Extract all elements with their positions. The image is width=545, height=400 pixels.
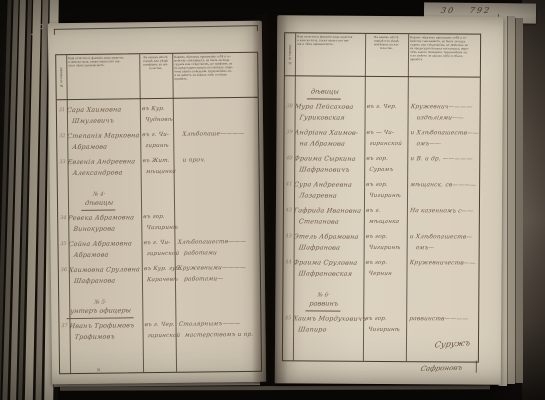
entry-residence: въ Кур. губ.Карачевѣ <box>142 264 175 286</box>
handwritten-line: Шафранова <box>293 242 364 253</box>
handwritten-line: на Абрамова <box>294 138 365 149</box>
header-name-text: Имя отчество и фамилія лицъ мужескаи жен… <box>297 35 362 46</box>
entry-number: 35 <box>58 239 68 247</box>
header-number-label: № по порядку <box>288 44 291 64</box>
entry-number: 31 <box>57 105 67 113</box>
handwritten-line: въ г. Чер. <box>364 102 408 113</box>
handwritten-line: Абрамова <box>67 141 141 153</box>
register-entry-row: 39Андріана Хаимов-на Абрамовавъ — Чи-гир… <box>284 127 479 152</box>
header-occupation-text: Какимъ образомъ пропитаніе себѣ и се-мей… <box>174 55 254 82</box>
entry-occupation: Хлѣбопашеств———работами <box>174 237 254 260</box>
entry-number: 44 <box>284 257 294 265</box>
register-entry-row: 35Сойна АбрамовнаАбрамовавъ г. Чи-гиринс… <box>58 237 259 263</box>
entry-number: 37 <box>59 321 69 329</box>
handwritten-line: Хаимовна Сруловна <box>68 264 142 276</box>
header-occupation-col: Какимъ образомъ пропитаніе себѣ и се-мей… <box>408 34 480 77</box>
header-number-col: № по порядку <box>56 55 67 99</box>
handwritten-line: гиринской <box>142 331 176 342</box>
header-place-col: Въ какомъ мѣстѣгородѣ или уѣздѣпомѣщенъ … <box>139 54 173 98</box>
handwritten-line: Чигиринѣ <box>362 325 406 336</box>
entry-name: Мура ПейсаховаГуриковская <box>295 101 365 123</box>
background-right-edge <box>522 0 545 400</box>
entry-residence: въ Жит.мѣщанка <box>140 156 173 178</box>
header-print-line: тельство. <box>367 47 406 51</box>
section-heading-row: дѣвицы <box>285 78 365 100</box>
entry-number: 33 <box>57 157 67 165</box>
header-print-line: примѣтъ. <box>410 58 477 62</box>
entry-occupation <box>173 103 253 104</box>
handwritten-line <box>173 103 253 104</box>
entry-name: Гафрида ИвановнаСтепанова <box>294 205 364 227</box>
entry-residence: въ гор.Чигиринѣ <box>364 232 407 254</box>
entry-occupation: и Хлѣбопашеств—омъ— <box>407 232 479 255</box>
handwritten-line: мѣщанск. св———— <box>406 180 479 191</box>
handwritten-line: Этель Абрамовна <box>293 231 364 242</box>
handwritten-line: въ г. Чи- <box>140 130 174 141</box>
entry-occupation: Хлѣбопаше———— <box>173 129 253 141</box>
folio-number: 30 <box>440 6 456 15</box>
handwritten-line: Абрамова <box>68 249 142 261</box>
handwritten-line: Фраима Сыркина <box>294 153 365 164</box>
handwritten-line: въ гор. <box>363 180 407 191</box>
handwritten-line: гиринѣ <box>140 141 174 152</box>
handwritten-line: въ гор. <box>141 212 175 223</box>
entry-name: Сойна АбрамовнаАбрамова <box>68 238 141 261</box>
handwritten-line: Евгенія Андреевна <box>67 156 141 168</box>
handwritten-line: Александрова <box>67 167 141 179</box>
entry-residence: въ гор.Сурамъ <box>364 154 407 176</box>
entry-occupation: раввинств———— <box>406 314 478 326</box>
register-entry-row: 38Мура ПейсаховаГуриковскаявъ г. Чер.Кру… <box>285 101 480 126</box>
scanned-register-photo: № 3 фнв 30 792 № по порядку Имя отчество… <box>0 0 545 400</box>
right-page: № по порядку Имя отчество и фамилія лицъ… <box>275 15 504 385</box>
handwritten-line: и В. и др. ————— <box>407 154 480 165</box>
page-number: 792 <box>469 6 492 15</box>
header-print-line: тельство. <box>141 67 170 71</box>
entry-name: Хаимъ МордуховичъШапиро <box>293 313 363 335</box>
handwritten-line: издѣліями—— <box>407 113 480 124</box>
entry-residence: въ гор.Чигиринѣ <box>363 314 406 336</box>
handwritten-line: Сурамъ <box>363 165 407 176</box>
handwritten-line: Чудновѣ <box>139 115 173 126</box>
handwritten-line: Сара Хаимовна <box>66 104 140 116</box>
section-heading: дѣвицы <box>82 196 118 210</box>
register-entry-row: 41Сура АндреевнаЛазаревнавъ гор.Чигиринѣ… <box>284 179 479 204</box>
entry-residence: въ — Чи-гиринской <box>364 128 407 150</box>
header-place-text: Въ какомъ мѣстѣгородѣ или уѣздѣпомѣщенъ … <box>141 56 170 71</box>
entry-name: Сара ХаимовнаШмулевичъ <box>67 104 140 127</box>
left-page: № по порядку Имя отчество и фамилія лицъ… <box>48 21 266 385</box>
handwritten-line: раввинств———— <box>405 314 478 325</box>
register-entry-row: 32Степанія МарковнаАбрамовавъ г. Чи-гири… <box>57 129 258 155</box>
right-register-table: № по порядку Имя отчество и фамилія лицъ… <box>282 32 481 362</box>
handwritten-line: На казенномъ с—— <box>406 206 479 217</box>
entry-name: Фраима СруловнаШафрановская <box>293 257 363 279</box>
handwritten-line: омъ—— <box>407 139 480 150</box>
entry-name: Этель АбрамовнаШафранова <box>294 231 364 253</box>
left-register-table: № по порядку Имя отчество и фамилія лицъ… <box>55 52 262 374</box>
left-table-body: 31Сара ХаимовнаШмулевичъвъ Кур.Чудновѣ32… <box>57 97 261 373</box>
header-print-line: нія и чѣмъ промышляетъ. <box>297 43 362 47</box>
entry-residence: въ г. Чи-гиринѣ <box>140 130 173 152</box>
entry-residence: въ гор.Чернин <box>363 258 406 280</box>
handwritten-line: и Хлѣбопашеств— <box>406 232 479 243</box>
handwritten-line: въ Кур. губ. <box>141 264 175 275</box>
register-entry-row: 31Сара ХаимовнаШмулевичъвъ Кур.Чудновѣ <box>57 103 258 129</box>
handwritten-line: Кружевничеств—— <box>406 258 479 269</box>
handwritten-line: въ Кур. <box>139 104 173 115</box>
handwritten-line: и Хлѣбопашеств—— <box>407 128 480 139</box>
pencil-mark: × <box>96 367 101 374</box>
handwritten-line: Винокурова <box>68 223 142 235</box>
handwritten-line: Шмулевичъ <box>66 115 140 127</box>
page-edge-strip <box>507 16 515 384</box>
entry-residence: въ г. Чер.гиринской <box>142 320 175 342</box>
secretary-signature: Сафроновъ <box>420 364 464 373</box>
handwritten-line <box>174 211 254 212</box>
register-entry-row: 44Фраима СруловнаШафрановскаявъ гор.Черн… <box>283 257 478 282</box>
register-entry-row: 40Фраима СыркинаШафрановичъвъ гор.Сурамъ… <box>284 153 479 178</box>
handwritten-line: мастерствомъ и пр. <box>175 330 256 342</box>
handwritten-line: Шафрановичъ <box>293 164 364 175</box>
handwritten-line: въ гор. <box>364 154 408 165</box>
handwritten-line: Лазаревна <box>293 190 364 201</box>
right-table-body: дѣвицы38Мура ПейсаховаГуриковскаявъ г. Ч… <box>283 75 480 361</box>
header-print-line: нія и чѣмъ промышляетъ. <box>68 64 136 69</box>
header-occupation-col: Какимъ образомъ пропитаніе себѣ и се-мей… <box>172 53 258 98</box>
underlying-page-frame <box>54 25 258 35</box>
entry-residence: въ гор.Чигиринѣ <box>364 180 407 202</box>
entry-occupation: Кружевничеств—— <box>407 258 479 270</box>
handwritten-line: Андріана Хаимов- <box>294 127 365 138</box>
register-entry-row: 34Ревека АбрамовнаВинокуровавъ гор.Чигир… <box>58 211 259 237</box>
handwritten-line: Шапиро <box>292 324 363 335</box>
header-print-line: примѣтъ. <box>174 77 254 82</box>
handwritten-line: Трофимовъ <box>69 331 143 343</box>
entry-occupation: мѣщанск. св———— <box>407 180 479 192</box>
entry-number: 39 <box>284 127 294 135</box>
handwritten-line: Хлѣбопаше———— <box>173 129 254 141</box>
handwritten-line: Степанова <box>293 216 364 227</box>
entry-occupation: На казенномъ с—— <box>407 206 479 218</box>
handwritten-line: Чигиринѣ <box>363 191 407 202</box>
handwritten-line: работами— <box>174 274 255 286</box>
entry-number: 40 <box>284 153 294 161</box>
handwritten-line: работами <box>174 248 255 260</box>
entry-name: Андріана Хаимов-на Абрамова <box>294 127 364 149</box>
entry-name: Хаимовна СруловнаШафранова <box>69 264 142 287</box>
header-occupation-text: Какимъ образомъ пропитаніе себѣ и се-мей… <box>410 36 477 62</box>
entry-residence: въ г.мѣщанка <box>364 206 407 228</box>
entry-number: 45 <box>283 313 293 321</box>
handwritten-line: Чернин <box>363 269 407 280</box>
entry-number: 32 <box>57 131 67 139</box>
entry-occupation: Столярнымъ———мастерствомъ и пр. <box>175 319 255 342</box>
entry-residence: въ гор.Чигиринѣ <box>141 212 174 234</box>
entry-name: Сура АндреевнаЛазаревна <box>294 179 364 201</box>
folio-numbers: 30 792 <box>440 6 492 15</box>
bottom-page-edge <box>60 385 490 391</box>
border-tail <box>476 361 477 373</box>
handwritten-line: Гафрида Ивановна <box>293 205 364 216</box>
entry-number: 42 <box>284 205 294 213</box>
handwritten-line: въ гор. <box>362 314 406 325</box>
register-entry-row: 36Хаимовна СруловнаШафрановавъ Кур. губ.… <box>59 263 260 289</box>
entry-number: 41 <box>284 179 294 187</box>
section-heading: раввинъ <box>305 297 342 311</box>
handwritten-line: въ Жит. <box>140 156 174 167</box>
handwritten-line: въ гор. <box>363 232 407 243</box>
handwritten-line <box>174 211 254 212</box>
entry-name: Фраима СыркинаШафрановичъ <box>294 153 364 175</box>
entry-number: 34 <box>58 213 68 221</box>
register-entry-row: 43Этель АбрамовнаШафрановавъ гор.Чигирин… <box>284 231 479 256</box>
handwritten-line: и проч. <box>173 155 254 167</box>
entry-occupation: и В. и др. ————— <box>407 154 479 166</box>
table-header: № по порядку Имя отчество и фамилія лицъ… <box>285 33 480 77</box>
header-name-col: Имя отчество и фамилія лицъ мужескаи жен… <box>295 33 365 75</box>
header-place-col: Въ какомъ мѣстѣгородѣ или уѣздѣпомѣщенъ … <box>365 34 408 76</box>
entry-number: 43 <box>284 231 294 239</box>
handwritten-line <box>173 103 253 104</box>
handwritten-line: Гуриковская <box>294 112 365 123</box>
handwritten-line: въ г. Чи- <box>141 238 175 249</box>
handwritten-line: Степанія Марковна <box>67 130 141 142</box>
entry-number: 38 <box>285 101 295 109</box>
handwritten-line: Карачевѣ <box>141 275 175 286</box>
entry-name: Степанія МарковнаАбрамова <box>67 130 140 153</box>
handwritten-line: въ — Чи- <box>364 128 408 139</box>
entry-occupation <box>174 211 254 212</box>
entry-number: 36 <box>59 265 69 273</box>
header-number-col: № по порядку <box>285 33 295 75</box>
handwritten-line: въ г. <box>363 206 407 217</box>
handwritten-line: Фраима Сруловна <box>293 257 364 268</box>
entry-name: Иванъ ТрофимовъТрофимовъ <box>69 320 142 343</box>
register-entry-row: 37Иванъ ТрофимовъТрофимовъвъ г. Чер.гири… <box>59 319 260 345</box>
entry-residence: въ г. Чер. <box>365 102 408 113</box>
handwritten-line: Шафранова <box>68 275 142 287</box>
handwritten-line: въ гор. <box>363 258 407 269</box>
handwritten-line: въ г. Чер. <box>142 320 176 331</box>
handwritten-line: мѣщанка <box>140 167 174 178</box>
header-number-label: № по порядку <box>60 67 64 87</box>
section-heading: дѣвицы <box>307 85 343 99</box>
handwritten-line: мѣщанка <box>363 217 407 228</box>
section-heading: унтеръ офицеры <box>67 304 135 319</box>
header-place-text: Въ какомъ мѣстѣгородѣ или уѣздѣпомѣщенъ … <box>367 36 406 51</box>
entry-residence: въ Кур.Чудновѣ <box>140 104 173 126</box>
handwritten-line: Иванъ Трофимовъ <box>69 320 143 332</box>
header-name-text: Имя отчество и фамилія лицъ мужескаи жен… <box>68 56 136 68</box>
entry-name: Евгенія АндреевнаАлександрова <box>67 156 140 179</box>
handwritten-line: гиринской <box>364 139 408 150</box>
handwritten-line: Чигиринѣ <box>363 243 407 254</box>
handwritten-line: гиринской <box>141 249 175 260</box>
register-entry-row: 42Гафрида ИвановнаСтепановавъ г.мѣщанкаН… <box>284 205 479 230</box>
entry-residence: въ г. Чи-гиринской <box>141 238 174 260</box>
entry-occupation: и Хлѣбопашеств——омъ—— <box>407 128 479 151</box>
register-entry-row: 33Евгенія АндреевнаАлександровавъ Жит.мѣ… <box>57 155 258 181</box>
handwritten-line: омъ— <box>406 243 479 254</box>
handwritten-line: Сура Андреевна <box>293 179 364 190</box>
handwritten-line: Сойна Абрамовна <box>68 238 142 250</box>
handwritten-line: Ревека Абрамовна <box>68 212 142 224</box>
entry-occupation: Кружевнич————издѣліями—— <box>408 102 480 125</box>
entry-occupation: Кружевными————работами— <box>175 263 255 286</box>
entry-name: Ревека АбрамовнаВинокурова <box>68 212 141 235</box>
handwritten-line: Мура Пейсахова <box>294 101 365 112</box>
page-edge-strip <box>515 18 523 383</box>
handwritten-line: Шафрановская <box>293 268 364 279</box>
header-name-col: Имя отчество и фамилія лицъ мужескаи жен… <box>66 54 140 99</box>
handwritten-line: Чигиринѣ <box>141 223 175 234</box>
entry-occupation: и проч. <box>173 155 253 167</box>
table-header: № по порядку Имя отчество и фамилія лицъ… <box>56 53 258 100</box>
register-entry-row: 45Хаимъ МордуховичъШапировъ гор.Чигиринѣ… <box>283 313 478 338</box>
handwritten-line: Кружевнич———— <box>407 102 480 113</box>
handwritten-line: Хаимъ Мордуховичъ <box>292 313 363 324</box>
